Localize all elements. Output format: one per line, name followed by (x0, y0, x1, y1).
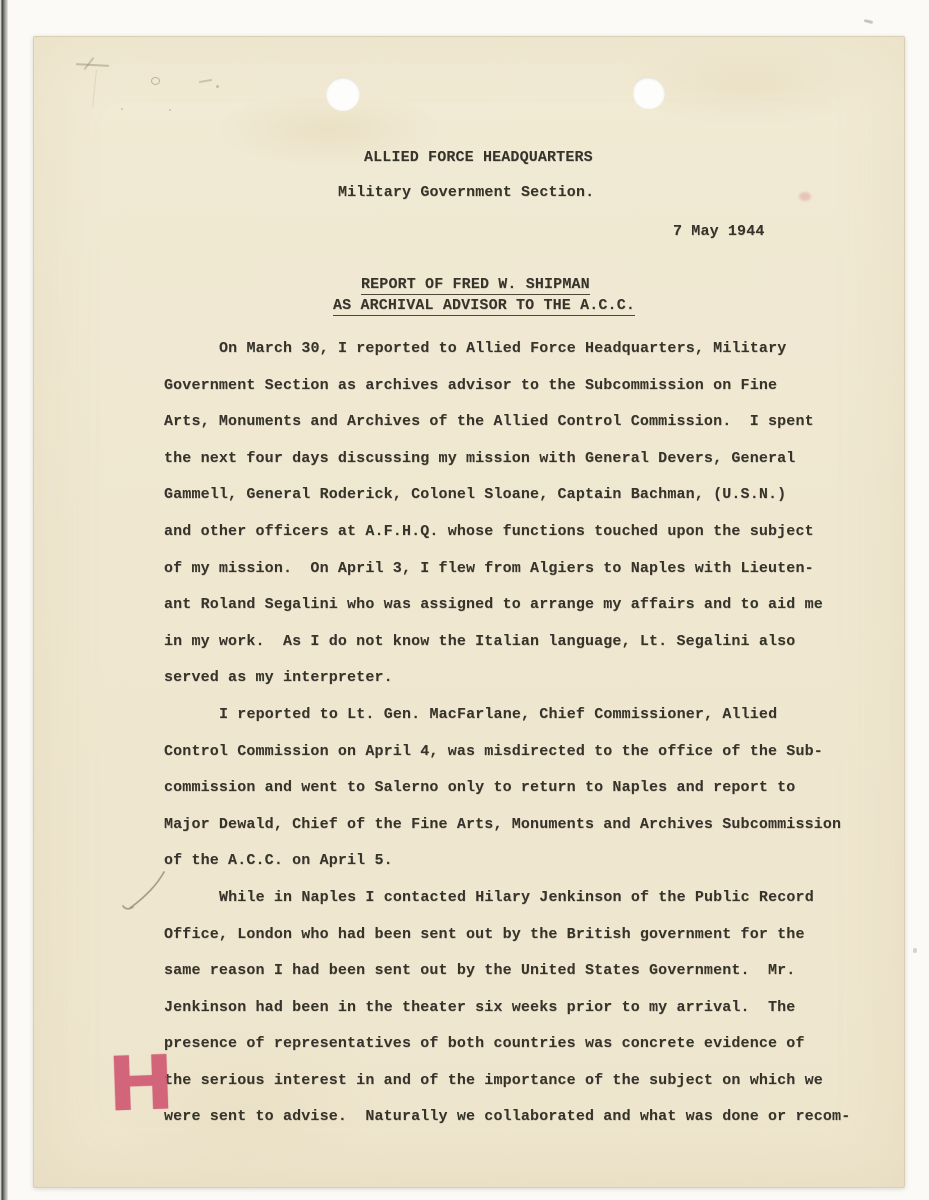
document-body: On March 30, I reported to Allied Force … (164, 331, 886, 1136)
letterhead-section: Military Government Section. (338, 184, 594, 201)
text-line: the serious interest in and of the impor… (164, 1063, 886, 1100)
pencil-dot (169, 109, 171, 111)
scanned-document-page: ALLIED FORCE HEADQUARTERS Military Gover… (0, 0, 929, 1200)
text-line: same reason I had been sent out by the U… (164, 953, 886, 990)
paragraph: On March 30, I reported to Allied Force … (164, 331, 886, 697)
letterhead-org: ALLIED FORCE HEADQUARTERS (364, 149, 593, 166)
text-line: Arts, Monuments and Archives of the Alli… (164, 404, 886, 441)
text-line: presence of representatives of both coun… (164, 1026, 886, 1063)
hole-punch-right (633, 77, 665, 109)
text-line: Control Commission on April 4, was misdi… (164, 734, 886, 771)
text-line: While in Naples I contacted Hilary Jenki… (164, 880, 886, 917)
pink-smudge (799, 192, 811, 201)
scan-speck (913, 948, 917, 953)
text-line: of the A.C.C. on April 5. (164, 843, 886, 880)
text-line: Gammell, General Roderick, Colonel Sloan… (164, 477, 886, 514)
text-line: served as my interpreter. (164, 660, 886, 697)
text-line: Government Section as archives advisor t… (164, 368, 886, 405)
paragraph: While in Naples I contacted Hilary Jenki… (164, 880, 886, 1136)
pencil-circle-mark (151, 77, 160, 85)
paragraph: I reported to Lt. Gen. MacFarlane, Chief… (164, 697, 886, 880)
text-line: Jenkinson had been in the theater six we… (164, 990, 886, 1027)
pencil-dot (216, 85, 219, 88)
report-title-line-1: REPORT OF FRED W. SHIPMAN (361, 276, 590, 295)
scanner-edge-shadow (0, 0, 8, 1200)
red-h-stamp: H (106, 1046, 176, 1122)
text-line: Office, London who had been sent out by … (164, 917, 886, 954)
text-line: and other officers at A.F.H.Q. whose fun… (164, 514, 886, 551)
text-line: ant Roland Segalini who was assigned to … (164, 587, 886, 624)
text-line: were sent to advise. Naturally we collab… (164, 1099, 886, 1136)
paper-sheet: ALLIED FORCE HEADQUARTERS Military Gover… (33, 36, 905, 1188)
text-line: commission and went to Salerno only to r… (164, 770, 886, 807)
pencil-mark (92, 70, 97, 107)
text-line: in my work. As I do not know the Italian… (164, 624, 886, 661)
text-line: Major Dewald, Chief of the Fine Arts, Mo… (164, 807, 886, 844)
scan-speck (864, 19, 873, 24)
report-title-line-2: AS ARCHIVAL ADVISOR TO THE A.C.C. (333, 297, 635, 316)
text-line: I reported to Lt. Gen. MacFarlane, Chief… (164, 697, 886, 734)
hole-punch-left (326, 77, 360, 111)
pencil-mark (199, 79, 212, 83)
document-date: 7 May 1944 (673, 223, 765, 240)
text-line: of my mission. On April 3, I flew from A… (164, 551, 886, 588)
pencil-dot (121, 108, 123, 110)
pencil-checkmark (121, 869, 166, 914)
text-line: On March 30, I reported to Allied Force … (164, 331, 886, 368)
pencil-mark (76, 63, 109, 67)
text-line: the next four days discussing my mission… (164, 441, 886, 478)
